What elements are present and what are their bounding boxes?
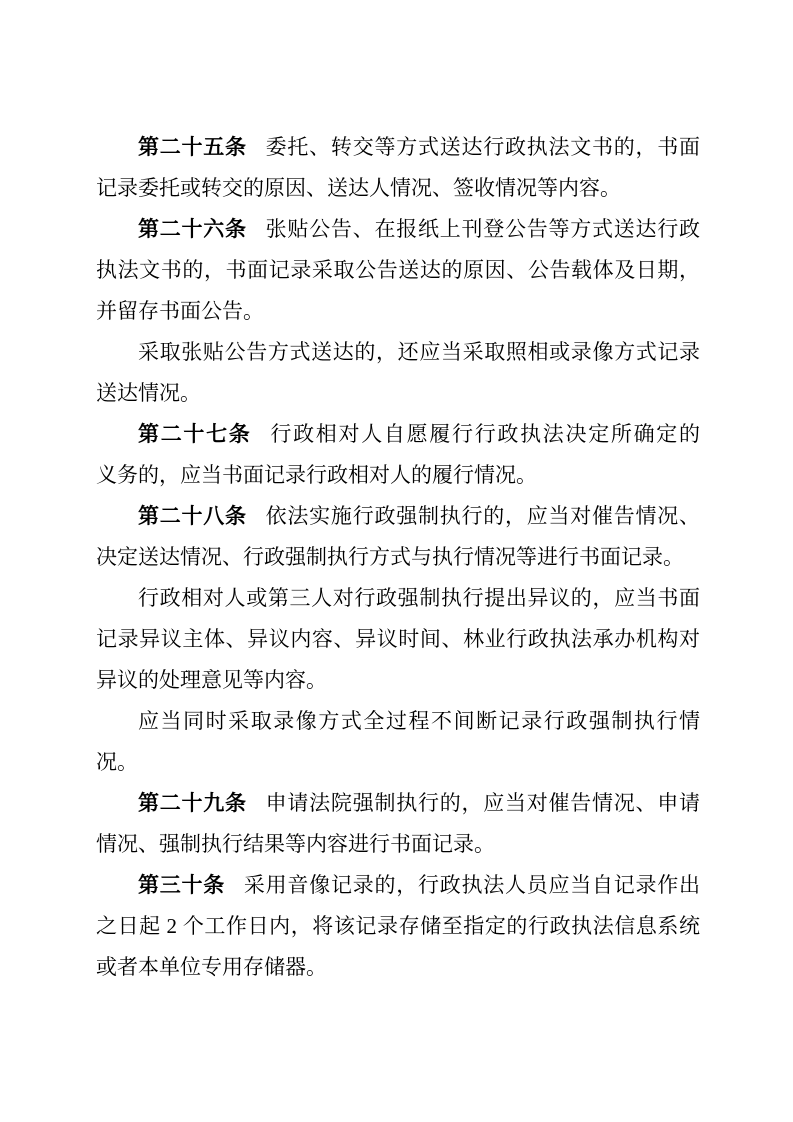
body-paragraph: 应当同时采取录像方式全过程不间断记录行政强制执行情 况。 — [96, 701, 700, 783]
document-page: 第二十五条委托、转交等方式送达行政执法文书的，书面 记录委托或转交的原因、送达人… — [0, 0, 793, 1122]
article-number: 第二十五条 — [138, 136, 247, 159]
text-line: 采取张贴公告方式送达的，还应当采取照相或录像方式记录 — [96, 332, 700, 373]
text-line: 第二十九条申请法院强制执行的，应当对催告情况、申请 — [96, 783, 700, 824]
text-line: 记录委托或转交的原因、送达人情况、签收情况等内容。 — [96, 168, 700, 209]
text-line: 第二十七条行政相对人自愿履行行政执法决定所确定的 — [96, 414, 700, 455]
text-line: 异议的处理意见等内容。 — [96, 660, 700, 701]
text-line: 应当同时采取录像方式全过程不间断记录行政强制执行情 — [96, 701, 700, 742]
article-number: 第二十六条 — [138, 218, 247, 241]
text-line: 记录异议主体、异议内容、异议时间、林业行政执法承办机构对 — [96, 619, 700, 660]
text-line: 情况、强制执行结果等内容进行书面记录。 — [96, 824, 700, 865]
body-paragraph: 采取张贴公告方式送达的，还应当采取照相或录像方式记录 送达情况。 — [96, 332, 700, 414]
article-paragraph: 第二十五条委托、转交等方式送达行政执法文书的，书面 记录委托或转交的原因、送达人… — [96, 127, 700, 209]
article-number: 第二十九条 — [138, 792, 247, 815]
text-line: 之日起 2 个工作日内，将该记录存储至指定的行政执法信息系统 — [96, 906, 700, 947]
text-line: 第二十六条张贴公告、在报纸上刊登公告等方式送达行政 — [96, 209, 700, 250]
text-line: 第二十八条依法实施行政强制执行的，应当对催告情况、 — [96, 496, 700, 537]
article-paragraph: 第二十六条张贴公告、在报纸上刊登公告等方式送达行政 执法文书的，书面记录采取公告… — [96, 209, 700, 332]
text-line: 义务的，应当书面记录行政相对人的履行情况。 — [96, 455, 700, 496]
article-paragraph: 第二十九条申请法院强制执行的，应当对催告情况、申请 情况、强制执行结果等内容进行… — [96, 783, 700, 865]
line-text: 采用音像记录的，行政执法人员应当自记录作出 — [244, 873, 700, 897]
text-line: 况。 — [96, 742, 700, 783]
line-text: 行政相对人自愿履行行政执法决定所确定的 — [270, 422, 700, 446]
text-line: 或者本单位专用存储器。 — [96, 947, 700, 988]
text-line: 行政相对人或第三人对行政强制执行提出异议的，应当书面 — [96, 578, 700, 619]
text-line: 并留存书面公告。 — [96, 291, 700, 332]
text-line: 执法文书的，书面记录采取公告送达的原因、公告载体及日期， — [96, 250, 700, 291]
text-line: 送达情况。 — [96, 373, 700, 414]
article-number: 第二十八条 — [138, 505, 247, 528]
line-text: 张贴公告、在报纸上刊登公告等方式送达行政 — [266, 217, 700, 241]
line-text: 委托、转交等方式送达行政执法文书的，书面 — [266, 135, 700, 159]
article-paragraph: 第三十条采用音像记录的，行政执法人员应当自记录作出 之日起 2 个工作日内，将该… — [96, 865, 700, 988]
line-text: 申请法院强制执行的，应当对催告情况、申请 — [266, 791, 700, 815]
text-line: 第二十五条委托、转交等方式送达行政执法文书的，书面 — [96, 127, 700, 168]
article-paragraph: 第二十七条行政相对人自愿履行行政执法决定所确定的 义务的，应当书面记录行政相对人… — [96, 414, 700, 496]
text-line: 决定送达情况、行政强制执行方式与执行情况等进行书面记录。 — [96, 537, 700, 578]
text-line: 第三十条采用音像记录的，行政执法人员应当自记录作出 — [96, 865, 700, 906]
article-number: 第二十七条 — [138, 423, 252, 446]
article-number: 第三十条 — [138, 874, 225, 897]
body-paragraph: 行政相对人或第三人对行政强制执行提出异议的，应当书面 记录异议主体、异议内容、异… — [96, 578, 700, 701]
line-text: 依法实施行政强制执行的，应当对催告情况、 — [266, 504, 700, 528]
article-paragraph: 第二十八条依法实施行政强制执行的，应当对催告情况、 决定送达情况、行政强制执行方… — [96, 496, 700, 578]
